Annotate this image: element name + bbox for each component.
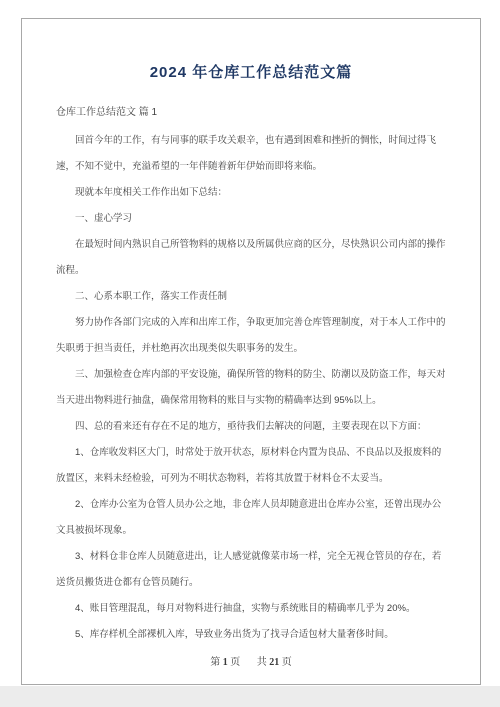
document-line: 失职勇于担当责任，并杜绝再次出现类似失职事务的发生。 — [56, 336, 448, 362]
document-viewer: 2024 年仓库工作总结范文篇 仓库工作总结范文 篇 1 回首今年的工作，有与同… — [0, 0, 500, 707]
current-page-number: 1 — [223, 657, 228, 668]
page-number-label: 第 1 页 — [210, 657, 243, 668]
document-body: 回首今年的工作，有与同事的联手攻关艰辛，也有遇到困难和挫折的惆怅，时间过得飞 速… — [56, 128, 448, 648]
document-line: 速，不知不觉中，充溢希望的一年伴随着新年伊始而即将来临。 — [56, 154, 448, 180]
document-line: 流程。 — [56, 258, 448, 284]
footer-text: 共 — [257, 657, 267, 668]
document-line: 文具被损坏现象。 — [56, 518, 448, 544]
document-line: 现就本年度相关工作作出如下总结： — [56, 180, 448, 206]
footer-text: 页 — [282, 657, 292, 668]
document-line: 回首今年的工作，有与同事的联手攻关艰辛，也有遇到困难和挫折的惆怅，时间过得飞 — [56, 128, 448, 154]
footer-text: 第 — [210, 657, 220, 668]
viewer-background-strip — [0, 686, 500, 707]
document-line: 5、库存样机全部裸机入库，导致业务出货为了找寻合适包材大量奢侈时间。 — [56, 622, 448, 648]
document-page: 2024 年仓库工作总结范文篇 仓库工作总结范文 篇 1 回首今年的工作，有与同… — [21, 18, 481, 685]
page-total-label: 共 21 页 — [257, 657, 292, 668]
document-line: 在最短时间内熟识自己所管物料的规格以及所属供应商的区分，尽快熟识公司内部的操作 — [56, 232, 448, 258]
document-title: 2024 年仓库工作总结范文篇 — [22, 63, 480, 83]
document-line: 当天进出物料进行抽盘，确保常用物料的账目与实物的精确率达到 95%以上。 — [56, 388, 448, 414]
document-line: 努力协作各部门完成的入库和出库工作，争取更加完善仓库管理制度，对于本人工作中的 — [56, 310, 448, 336]
document-line: 2、仓库办公室为仓管人员办公之地，非仓库人员却随意进出仓库办公室，还曾出现办公 — [56, 492, 448, 518]
document-line: 4、账目管理混乱，每月对物料进行抽盘，实物与系统账目的精确率几乎为 20%。 — [56, 596, 448, 622]
total-pages-number: 21 — [269, 657, 279, 668]
document-line: 1、仓库收发料区大门，时常处于放开状态，原材料仓内置为良品、不良品以及报废料的 — [56, 440, 448, 466]
document-line: 放置区，来料未经检验，可列为不明状态物料，若将其放置于材料仓不太妥当。 — [56, 466, 448, 492]
footer-text: 页 — [230, 657, 240, 668]
document-subtitle: 仓库工作总结范文 篇 1 — [56, 103, 157, 123]
document-line: 送货员搬货进仓都有仓管员随行。 — [56, 570, 448, 596]
document-line: 3、材料仓非仓库人员随意进出，让人感觉就像菜市场一样，完全无视仓管员的存在，若 — [56, 544, 448, 570]
document-line: 一、虚心学习 — [56, 206, 448, 232]
page-footer: 第 1 页 共 21 页 — [22, 653, 480, 673]
document-line: 二、心系本职工作，落实工作责任制 — [56, 284, 448, 310]
document-line: 四、总的看来还有存在不足的地方，亟待我们去解决的问题，主要表现在以下方面： — [56, 414, 448, 440]
document-line: 三、加强检查仓库内部的平安设施，确保所管的物料的防尘、防潮以及防盗工作，每天对 — [56, 362, 448, 388]
